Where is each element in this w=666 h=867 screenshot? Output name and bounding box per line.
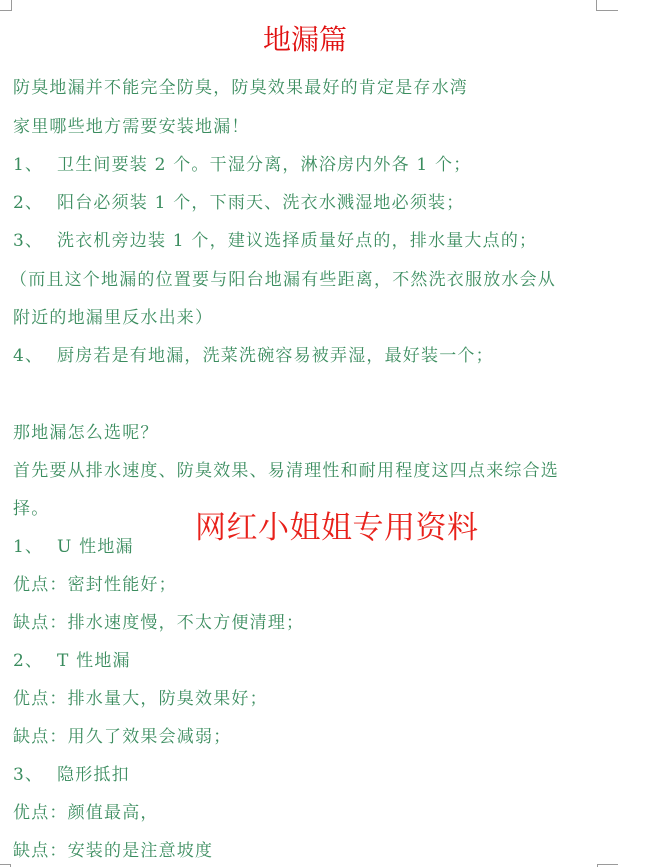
note-line-2: 附近的地漏里反水出来） (13, 306, 213, 330)
list-text: 阳台必须装 1 个，下雨天、洗衣水溅湿地必须装； (57, 193, 464, 213)
install-location-item-3: 3、洗衣机旁边装 1 个，建议选择质量好点的，排水量大点的； (13, 229, 537, 253)
list-number: 3、 (13, 763, 57, 787)
type-heading-2: 2、T 性地漏 (13, 649, 131, 673)
intro-line-1: 防臭地漏并不能完全防臭，防臭效果最好的肯定是存水湾 (13, 76, 468, 100)
list-number: 1、 (13, 153, 57, 177)
page-corner-mark-top-left (0, 0, 12, 11)
list-text: 厨房若是有地漏，洗菜洗碗容易被弄湿，最好装一个； (57, 346, 494, 366)
list-text: 卫生间要装 2 个。干湿分离，淋浴房内外各 1 个； (57, 155, 471, 175)
note-line-1: （而且这个地漏的位置要与阳台地漏有些距离，不然洗衣服放水会从 (10, 268, 556, 292)
list-number: 2、 (13, 649, 57, 673)
intro-line-2: 家里哪些地方需要安装地漏！ (13, 115, 250, 139)
list-number: 2、 (13, 191, 57, 215)
section-heading-how-to-choose: 那地漏怎么选呢？ (13, 421, 159, 445)
type-name: T 性地漏 (57, 651, 131, 671)
type-3-cons: 缺点：安装的是注意坡度 (13, 839, 213, 863)
install-location-item-4: 4、厨房若是有地漏，洗菜洗碗容易被弄湿，最好装一个； (13, 344, 494, 368)
criteria-line-2: 择。 (13, 497, 49, 521)
type-name: U 性地漏 (57, 537, 134, 557)
type-1-cons: 缺点：排水速度慢，不太方便清理； (13, 611, 304, 635)
type-2-cons: 缺点：用久了效果会减弱； (13, 725, 231, 749)
type-3-pros: 优点：颜值最高， (13, 801, 159, 825)
document-title: 地漏篇 (0, 22, 610, 58)
list-text: 洗衣机旁边装 1 个，建议选择质量好点的，排水量大点的； (57, 231, 537, 251)
list-number: 3、 (13, 229, 57, 253)
list-number: 1、 (13, 535, 57, 559)
list-number: 4、 (13, 344, 57, 368)
watermark-text: 网红小姐姐专用资料 (195, 508, 479, 548)
page-corner-mark-top-right (596, 0, 618, 11)
type-heading-3: 3、隐形抵扣 (13, 763, 130, 787)
install-location-item-2: 2、阳台必须装 1 个，下雨天、洗衣水溅湿地必须装； (13, 191, 464, 215)
type-2-pros: 优点：排水量大，防臭效果好； (13, 687, 268, 711)
type-heading-1: 1、U 性地漏 (13, 535, 134, 559)
type-1-pros: 优点：密封性能好； (13, 573, 177, 597)
criteria-line-1: 首先要从排水速度、防臭效果、易清理性和耐用程度这四点来综合选 (13, 459, 559, 483)
type-name: 隐形抵扣 (57, 765, 130, 785)
install-location-item-1: 1、卫生间要装 2 个。干湿分离，淋浴房内外各 1 个； (13, 153, 471, 177)
